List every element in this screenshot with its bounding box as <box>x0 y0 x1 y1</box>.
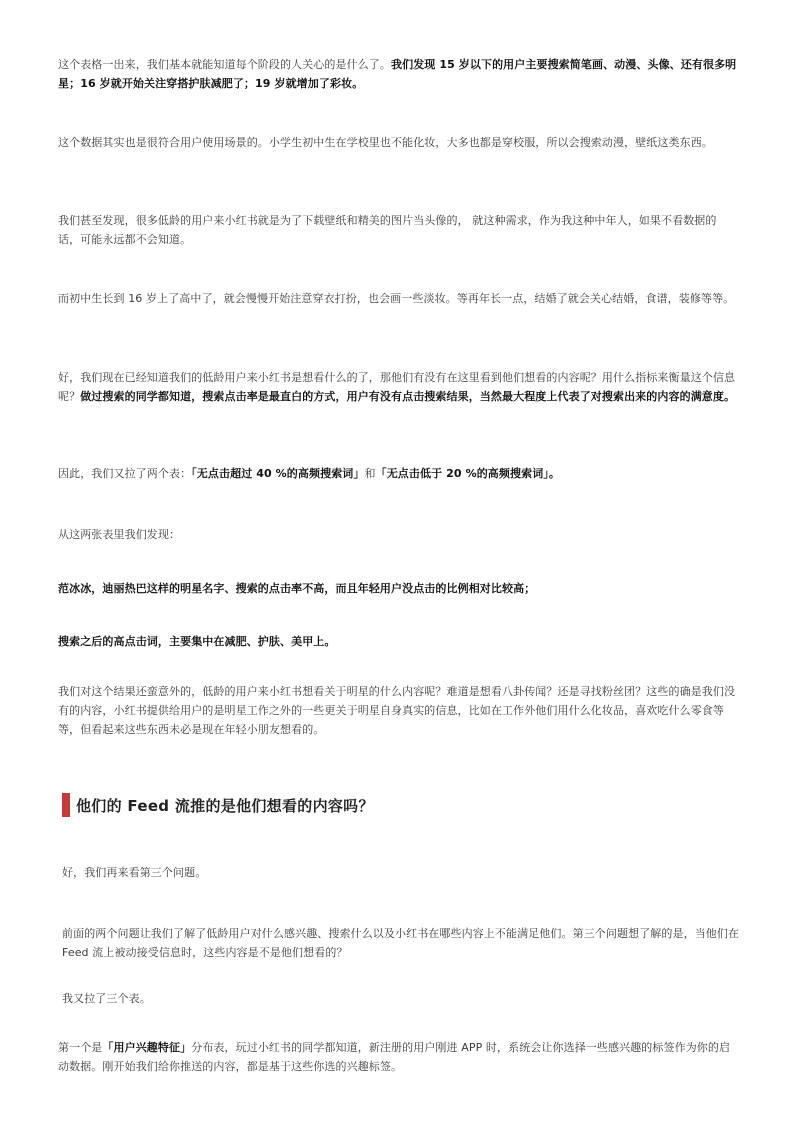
section-heading: 他们的 Feed 流推的是他们想看的内容吗？ <box>62 793 374 817</box>
paragraph-search-ctr: 好，我们现在已经知道我们的低龄用户来小红书是想看什么的了，那他们有没有在这里看到… <box>58 368 738 406</box>
paragraph-bold-text: 做过搜索的同学都知道，搜索点击率是最直白的方式，用户有没有点击搜索结果，当然最大… <box>80 390 735 403</box>
paragraph-celebrity-finding: 范冰冰，迪丽热巴这样的明星名字、搜索的点击率不高，而且年轻用户没点击的比例相对比… <box>58 579 738 598</box>
paragraph-text: 而初中生长到 16 岁上了高中了，就会慢慢开始注意穿衣打扮，也会画一些淡妆。等再… <box>58 292 734 305</box>
paragraph-bold-text: 「用户兴趣特征」 <box>102 1041 191 1054</box>
section-heading-text: 他们的 Feed 流推的是他们想看的内容吗？ <box>76 795 374 816</box>
paragraph-two-tables: 因此，我们又拉了两个表：「无点击超过 40 %的高频搜索词」和「无点击低于 20… <box>58 464 738 483</box>
heading-accent-bar <box>62 793 70 817</box>
paragraph-text: 因此，我们又拉了两个表： <box>58 467 191 480</box>
paragraph-text: 好，我们再来看第三个问题。 <box>62 866 206 879</box>
paragraph-text: 这个表格一出来，我们基本就能知道每个阶段的人关心的是什么了。 <box>58 58 391 71</box>
paragraph-third-question: 好，我们再来看第三个问题。 <box>62 863 742 882</box>
paragraph-text: 我们甚至发现，很多低龄的用户来小红书就是为了下载壁纸和精美的图片当头像的， 就这… <box>58 214 717 246</box>
paragraph-bold-text: 搜索之后的高点击词，主要集中在减肥、护肤、美甲上。 <box>58 635 336 648</box>
paragraph-text: 我们对这个结果还蛮意外的，低龄的用户来小红书想看关于明星的什么内容呢？难道是想看… <box>58 685 735 736</box>
paragraph-text: 前面的两个问题让我们了解了低龄用户对什么感兴趣、搜索什么以及小红书在哪些内容上不… <box>62 927 739 959</box>
paragraph-bold-text: 范冰冰，迪丽热巴这样的明星名字、搜索的点击率不高，而且年轻用户没点击的比例相对比… <box>58 582 535 595</box>
paragraph-three-tables: 我又拉了三个表。 <box>62 989 742 1008</box>
paragraph-text: 这个数据其实也是很符合用户使用场景的。小学生初中生在学校里也不能化妆，大多也都是… <box>58 136 713 149</box>
paragraph-bold-text: 「无点击超过 40 %的高频搜索词」 <box>191 467 364 480</box>
paragraph-text: 我又拉了三个表。 <box>62 992 151 1005</box>
paragraph-text: 和 <box>365 467 376 480</box>
paragraph-bold-text: 「无点击低于 20 %的高频搜索词」。 <box>376 467 560 480</box>
paragraph-wallpaper-discovery: 我们甚至发现，很多低龄的用户来小红书就是为了下载壁纸和精美的图片当头像的， 就这… <box>58 211 738 249</box>
paragraph-surprise: 我们对这个结果还蛮意外的，低龄的用户来小红书想看关于明星的什么内容呢？难道是想看… <box>58 682 738 739</box>
paragraph-usage-scenario: 这个数据其实也是很符合用户使用场景的。小学生初中生在学校里也不能化妆，大多也都是… <box>58 133 738 152</box>
paragraph-high-school: 而初中生长到 16 岁上了高中了，就会慢慢开始注意穿衣打扮，也会画一些淡妆。等再… <box>58 289 738 308</box>
paragraph-findings-intro: 从这两张表里我们发现： <box>58 525 738 544</box>
paragraph-text: 第一个是 <box>58 1041 102 1054</box>
paragraph-interest-features: 第一个是「用户兴趣特征」分布表，玩过小红书的同学都知道，新注册的用户刚进 APP… <box>58 1038 738 1076</box>
paragraph-high-click-finding: 搜索之后的高点击词，主要集中在减肥、护肤、美甲上。 <box>58 632 738 651</box>
paragraph-feed-question: 前面的两个问题让我们了解了低龄用户对什么感兴趣、搜索什么以及小红书在哪些内容上不… <box>62 924 742 962</box>
paragraph-text: 从这两张表里我们发现： <box>58 528 180 541</box>
paragraph-age-findings: 这个表格一出来，我们基本就能知道每个阶段的人关心的是什么了。我们发现 15 岁以… <box>58 55 738 93</box>
